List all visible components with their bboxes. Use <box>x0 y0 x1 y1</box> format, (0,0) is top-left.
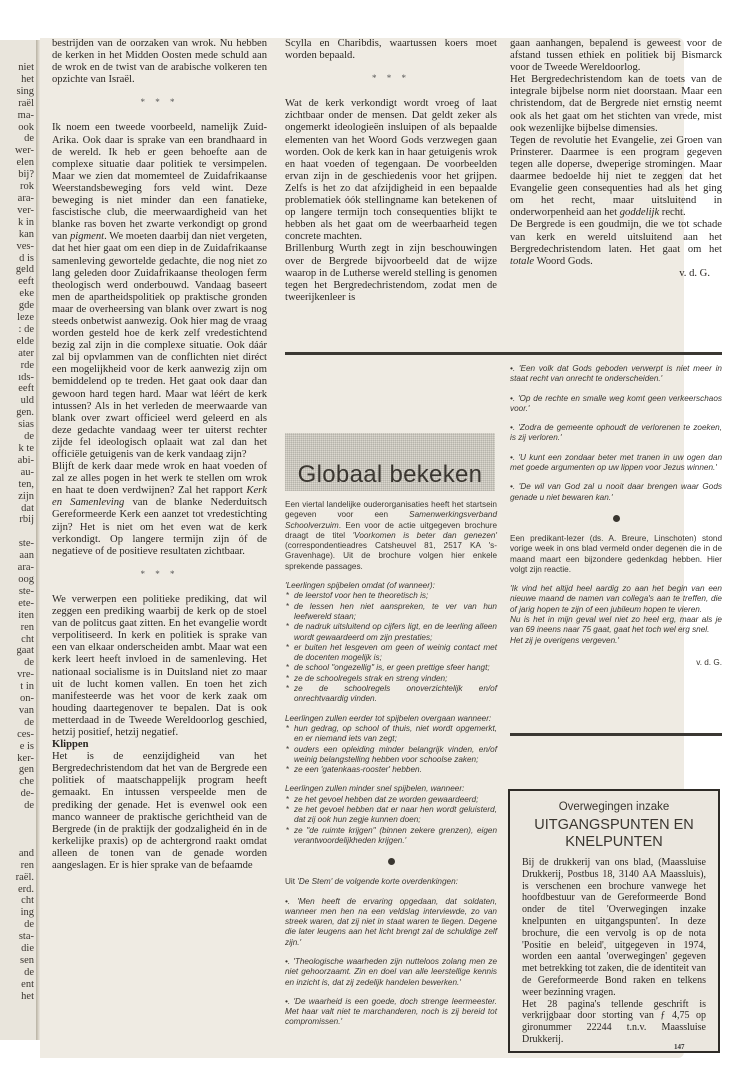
risk-factors-list: hun gedrag, op school of thuis, niet wor… <box>285 724 497 775</box>
section-separator: * * * <box>52 86 267 122</box>
paragraph: Ik noem een tweede voorbeeld, namelijk Z… <box>52 122 267 461</box>
quote: •. 'Men heeft de ervaring opgedaan, dat … <box>285 897 497 948</box>
breure-intro: Een predikant-lezer (ds. A. Breure, Lins… <box>510 534 722 575</box>
paragraph: Blijft de kerk daar mede wrok en haat vo… <box>52 461 267 558</box>
margin-text-fragment: de- <box>0 788 36 800</box>
list-item: de school "ongezellig" is, er geen prett… <box>285 663 497 673</box>
section-signature: v. d. G. <box>510 658 722 668</box>
margin-text-fragment: ma- <box>0 110 36 122</box>
article-signature: v. d. G. <box>510 268 722 280</box>
margin-text-fragment: het <box>0 74 36 86</box>
margin-text-fragment: bij? <box>0 169 36 181</box>
list-item: ze de schoolregels strak en streng vinde… <box>285 674 497 684</box>
margin-text-fragment: ste- <box>0 586 36 598</box>
margin-text-fragment: leze <box>0 312 36 324</box>
margin-text-fragment: geld <box>0 264 36 276</box>
list-item: ze "de ruimte krijgen" (binnen zekere gr… <box>285 826 497 847</box>
list-item: ouders een opleiding minder belangrijk v… <box>285 745 497 766</box>
margin-text-fragment: de <box>0 717 36 729</box>
quote: •. 'Een volk dat Gods geboden verwerpt i… <box>510 364 722 385</box>
announcement-title: UITGANGSPUNTEN EN KNELPUNTEN <box>522 817 706 851</box>
paragraph: We verwerpen een politieke prediking, da… <box>52 594 267 739</box>
margin-text-fragment: de <box>0 800 36 812</box>
paragraph: Bij de drukkerij van ons blad, (Maasslui… <box>522 857 706 999</box>
list-item: ze het gevoel hebben dat ze worden gewaa… <box>285 795 497 805</box>
paragraph: De Bergrede is een goudmijn, die we tot … <box>510 219 722 267</box>
margin-text-fragment: ara- <box>0 193 36 205</box>
margin-text-fragment: sing <box>0 86 36 98</box>
margin-text-fragment: ook <box>0 122 36 134</box>
list-item: de leerstof voor hen te theoretisch is; <box>285 591 497 601</box>
margin-text-fragment: ıds- <box>0 372 36 384</box>
margin-text-fragment: gen <box>0 764 36 776</box>
margin-text-fragment: rde <box>0 360 36 372</box>
margin-text-fragment: on- <box>0 693 36 705</box>
margin-text-fragment: ces- <box>0 729 36 741</box>
margin-text-fragment: ker- <box>0 753 36 765</box>
margin-text-fragment: and <box>0 848 36 860</box>
margin-text-fragment: de <box>0 431 36 443</box>
stem-intro: Uit 'De Stem' de volgende korte overdenk… <box>285 877 497 887</box>
margin-text-fragment: ent <box>0 979 36 991</box>
margin-text-fragment: ater <box>0 348 36 360</box>
list-heading: Leerlingen zullen eerder tot spijbelen o… <box>285 714 497 724</box>
paragraph: bestrijden van de oorzaken van wrok. Nu … <box>52 38 267 86</box>
margin-text-fragment: ver- <box>0 205 36 217</box>
margin-text-fragment: eeft <box>0 276 36 288</box>
margin-text-fragment: d is <box>0 253 36 265</box>
article-column-3: gaan aanhangen, bepalend is geweest voor… <box>510 38 722 280</box>
margin-text-fragment: k te <box>0 443 36 455</box>
margin-text-fragment: zijn <box>0 491 36 503</box>
margin-text-fragment: au- <box>0 467 36 479</box>
margin-text-fragment: t in <box>0 681 36 693</box>
margin-text-fragment: kan <box>0 229 36 241</box>
breure-quote: 'Ik vind het altijd heel aardig zo aan h… <box>510 584 722 615</box>
protective-factors-list: ze het gevoel hebben dat ze worden gewaa… <box>285 795 497 846</box>
announcement-pretitle: Overwegingen inzake <box>522 801 706 813</box>
margin-text-fragment: che <box>0 776 36 788</box>
section-divider-rule <box>285 352 722 355</box>
subheading-klippen: Klippen <box>52 739 267 751</box>
list-heading: Leerlingen zullen minder snel spijbelen,… <box>285 784 497 794</box>
margin-text-fragment: vre- <box>0 669 36 681</box>
announcement-body: Bij de drukkerij van ons blad, (Maasslui… <box>522 857 706 1046</box>
bullet-separator-icon <box>613 515 620 522</box>
paragraph: Het Bergredechristendom kan de toets van… <box>510 74 722 134</box>
margin-text-fragment: niet <box>0 62 36 74</box>
margin-text-fragment: wer- <box>0 145 36 157</box>
margin-text-fragment: de <box>0 919 36 931</box>
margin-text-fragment: sias <box>0 419 36 431</box>
margin-text-fragment: erd. <box>0 884 36 896</box>
margin-text-fragment: eeft <box>0 383 36 395</box>
margin-text-fragment: aan <box>0 550 36 562</box>
margin-text-fragment: elen <box>0 157 36 169</box>
margin-text-fragment: ste- <box>0 538 36 550</box>
list-heading: 'Leerlingen spijbelen omdat (of wanneer)… <box>285 581 497 591</box>
globaal-bekeken-column-right: •. 'Een volk dat Gods geboden verwerpt i… <box>510 364 722 668</box>
globaal-bekeken-column-left: Een viertal landelijke ouderorganisaties… <box>285 500 497 1028</box>
list-item: ze een 'gatenkaas-rooster' hebben. <box>285 765 497 775</box>
paragraph: Tegen de revolutie het Evangelie, zei Gr… <box>510 135 722 220</box>
article-column-2: Scylla en Charibdis, waartussen koers mo… <box>285 38 497 304</box>
margin-text-fragment: van <box>0 705 36 717</box>
margin-text-fragment: rbij <box>0 514 36 526</box>
margin-text-fragment <box>0 824 36 836</box>
margin-text-fragment: ren <box>0 622 36 634</box>
margin-text-fragment: ves- <box>0 241 36 253</box>
margin-text-fragment <box>0 836 36 848</box>
paragraph: Het is de eenzijdigheid van het Bergrede… <box>52 751 267 872</box>
magazine-page: bestrijden van de oorzaken van wrok. Nu … <box>40 38 684 1058</box>
margin-text-fragment: e is <box>0 741 36 753</box>
margin-text-fragment: dat <box>0 503 36 515</box>
section-separator: * * * <box>52 558 267 594</box>
margin-text-fragment: sta- <box>0 931 36 943</box>
list-item: ze het gevoel hebben dat er naar hen wor… <box>285 805 497 826</box>
margin-text-fragment: de <box>0 967 36 979</box>
paragraph: Wat de kerk verkondigt wordt vroeg of la… <box>285 98 497 243</box>
brochure-announcement-box: Overwegingen inzake UITGANGSPUNTEN EN KN… <box>508 789 720 1053</box>
margin-text-fragment: gaat <box>0 645 36 657</box>
margin-text-fragment: : de <box>0 324 36 336</box>
paragraph: Scylla en Charibdis, waartussen koers mo… <box>285 38 497 62</box>
margin-text-fragment: uld <box>0 395 36 407</box>
list-item: ze de schoolregels onoverzichtelijk en/o… <box>285 684 497 705</box>
margin-text-fragment: ten, <box>0 479 36 491</box>
margin-text-fragment: elde <box>0 336 36 348</box>
margin-text-fragment: het <box>0 991 36 1003</box>
quote: •. 'Theologische waarheden zijn nutteloo… <box>285 957 497 988</box>
margin-text-fragment: k in <box>0 217 36 229</box>
list-item: de nadruk uitsluitend op cijfers ligt, e… <box>285 622 497 643</box>
margin-text-fragment <box>0 812 36 824</box>
page-number: 147 <box>674 1043 685 1051</box>
reasons-list: de leerstof voor hen te theoretisch is;d… <box>285 591 497 704</box>
margin-text-fragment: cht <box>0 634 36 646</box>
list-item: hun gedrag, op school of thuis, niet wor… <box>285 724 497 745</box>
margin-text-fragment: cht <box>0 895 36 907</box>
globaal-bekeken-header-box: Globaal bekeken <box>285 433 495 491</box>
margin-text-fragment <box>0 526 36 538</box>
paragraph: Het 28 pagina's tellende geschrift is ve… <box>522 999 706 1046</box>
margin-text-fragment: de <box>0 657 36 669</box>
quote: •. 'De wil van God zal u nooit daar bren… <box>510 482 722 503</box>
margin-text-fragment: ing <box>0 907 36 919</box>
margin-text-fragment: abi- <box>0 455 36 467</box>
paragraph: gaan aanhangen, bepalend is geweest voor… <box>510 38 722 74</box>
bullet-separator-icon <box>388 858 395 865</box>
previous-page-text-fragments: niethetsingraëlma-ookdewer-elenbij?rokar… <box>0 40 36 1003</box>
list-item: de lessen hen niet aanspreken, te ver va… <box>285 602 497 623</box>
margin-text-fragment: iten <box>0 610 36 622</box>
margin-text-fragment: rok <box>0 181 36 193</box>
article-column-1: bestrijden van de oorzaken van wrok. Nu … <box>52 38 267 872</box>
list-item: er buiten het lesgeven om geen of weinig… <box>285 643 497 664</box>
quote: •. 'Op de rechte en smalle weg komt geen… <box>510 394 722 415</box>
margin-text-fragment: gde <box>0 300 36 312</box>
section-separator: * * * <box>285 62 497 98</box>
margin-text-fragment: de <box>0 133 36 145</box>
margin-text-fragment: die <box>0 943 36 955</box>
margin-text-fragment: sen <box>0 955 36 967</box>
quote: •. 'Zodra de gemeente ophoudt de verlore… <box>510 423 722 444</box>
margin-text-fragment: eke <box>0 288 36 300</box>
previous-page-edge: niethetsingraëlma-ookdewer-elenbij?rokar… <box>0 40 36 1040</box>
section-title: Globaal bekeken <box>285 461 495 489</box>
quote: •. 'U kunt een zondaar beter met tranen … <box>510 453 722 474</box>
paragraph: Brillenburg Wurth zegt in zijn beschouwi… <box>285 243 497 303</box>
margin-text-fragment: gen. <box>0 407 36 419</box>
breure-quote: Nu is het in mijn geval wel niet zo heel… <box>510 615 722 636</box>
breure-quote: Het zij je overigens vergeven.' <box>510 636 722 646</box>
signature-divider-rule <box>510 733 722 736</box>
margin-text-fragment: raël <box>0 98 36 110</box>
intro-paragraph: Een viertal landelijke ouderorganisaties… <box>285 500 497 572</box>
margin-text-fragment: raël. <box>0 872 36 884</box>
margin-text-fragment: ete- <box>0 598 36 610</box>
quote: •. 'De waarheid is een goede, doch stren… <box>285 997 497 1028</box>
margin-text-fragment: ren <box>0 860 36 872</box>
margin-text-fragment: ara- <box>0 562 36 574</box>
margin-text-fragment: oog <box>0 574 36 586</box>
